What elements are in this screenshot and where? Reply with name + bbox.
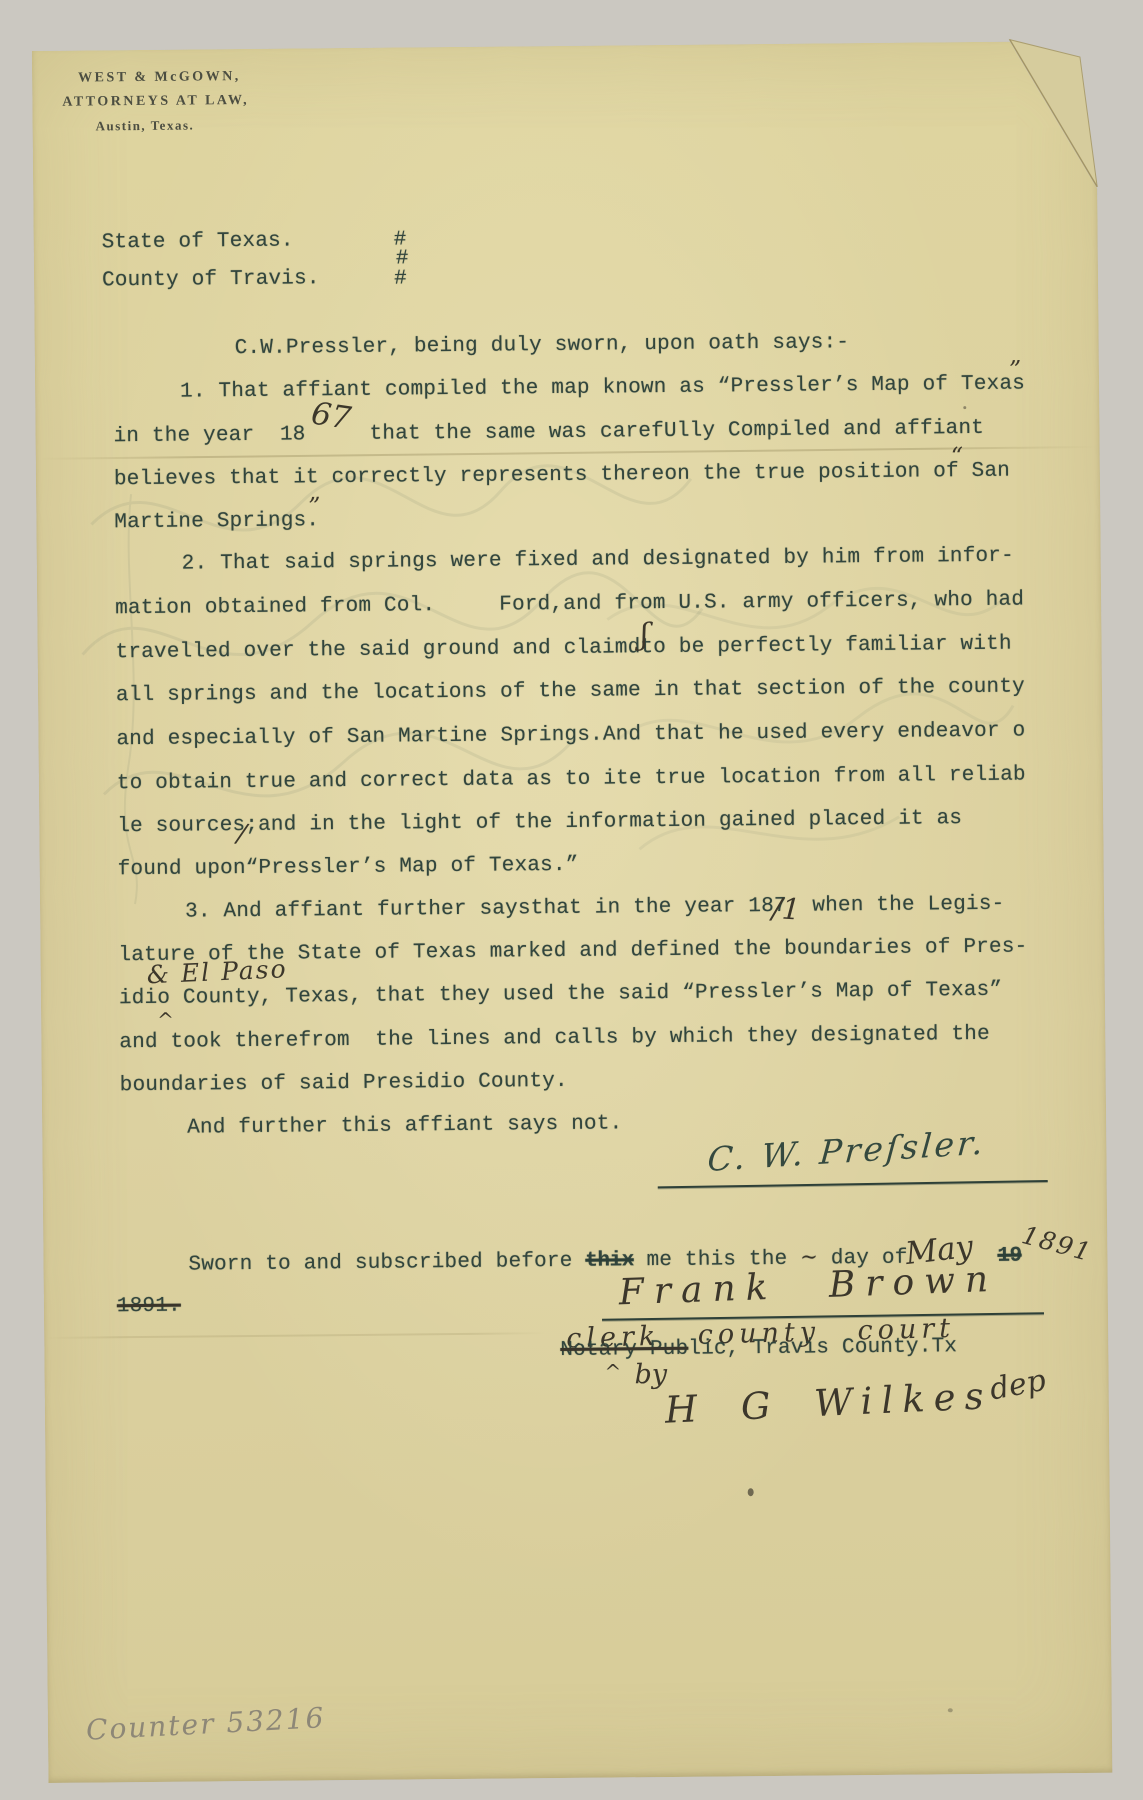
- paper-tilt-wrapper: WEST & McGOWN, ATTORNEYS AT LAW, Austin,…: [0, 0, 1143, 1800]
- brace-mark: #: [394, 267, 407, 290]
- handwritten-year-67: 67: [309, 395, 353, 436]
- venue-state-line: State of Texas.: [102, 231, 294, 255]
- struck-typed-year: 19: [997, 1246, 1021, 1268]
- ink-speck: [948, 1708, 953, 1712]
- handwritten-quote-mark: “: [951, 442, 964, 470]
- notary-line: Notary Public, Travis County.Tx: [560, 1336, 957, 1362]
- notary-text: Travis County.Tx: [739, 1335, 957, 1360]
- handwritten-quote-mark: ”: [1009, 356, 1022, 384]
- letterhead-title: ATTORNEYS AT LAW,: [62, 93, 249, 111]
- handwritten-by: by: [634, 1359, 667, 1390]
- corner-fold-icon: [1004, 37, 1106, 198]
- affidavit-line: boundaries of said Presidio County.: [120, 1071, 568, 1097]
- handwritten-year-71: /1: [771, 891, 801, 927]
- affidavit-line: And further this affiant says not.: [187, 1113, 622, 1139]
- scanned-affidavit-page: WEST & McGOWN, ATTORNEYS AT LAW, Austin,…: [0, 0, 1143, 1800]
- ink-speck: [748, 1488, 754, 1496]
- caret-mark: ^: [604, 1359, 621, 1383]
- letterhead-firm-name: WEST & McGOWN,: [78, 69, 241, 87]
- notary-text: lic,: [688, 1337, 739, 1360]
- jurat-text: Sworn to and subscribed before: [188, 1250, 585, 1277]
- affidavit-line: Martine Springs.: [114, 510, 319, 534]
- ink-speck: [963, 406, 966, 409]
- letterhead-city: Austin, Texas.: [95, 117, 194, 134]
- handwritten-insert-mark: ʃ: [640, 617, 648, 652]
- notary-struck-text: Notary Pub: [560, 1338, 688, 1362]
- affidavit-line: found upon“Pressler’s Map of Texas.”: [118, 855, 579, 881]
- jurat-struck-word: thix: [585, 1249, 634, 1272]
- venue-county-line: County of Travis.: [102, 268, 320, 292]
- handwritten-quote-mark: ”: [308, 492, 321, 520]
- struck-margin-year: 1891.: [117, 1296, 181, 1319]
- caret-mark: ^: [157, 1008, 174, 1032]
